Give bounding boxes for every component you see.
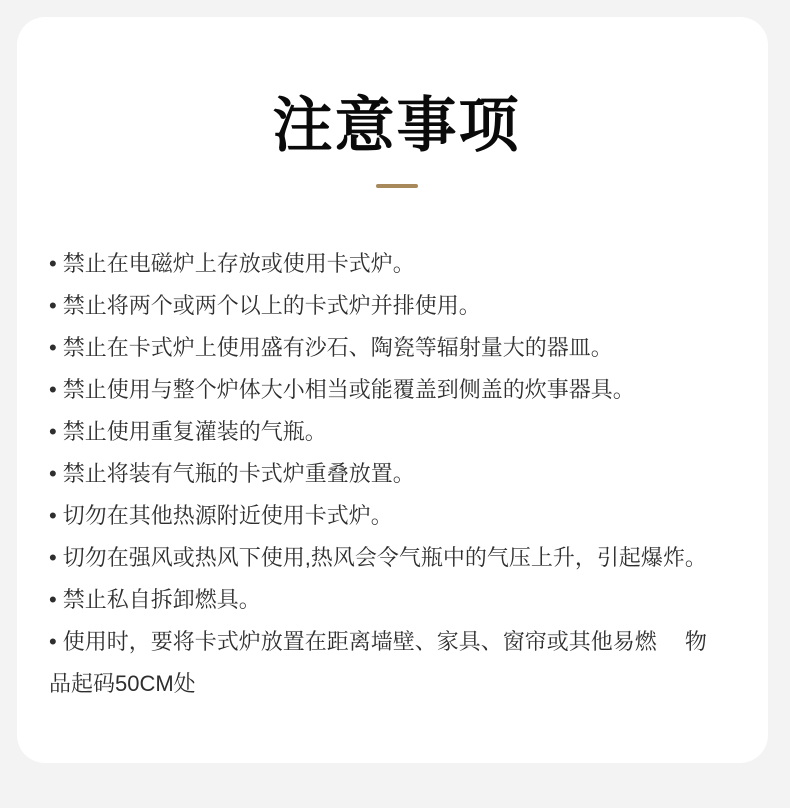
list-item-text: 禁止私自拆卸燃具。 bbox=[63, 587, 261, 612]
bullet-icon: • bbox=[49, 293, 57, 318]
bullet-icon: • bbox=[49, 545, 57, 570]
notice-list: •禁止在电磁炉上存放或使用卡式炉。 •禁止将两个或两个以上的卡式炉并排使用。 •… bbox=[49, 243, 744, 705]
list-item: •禁止在电磁炉上存放或使用卡式炉。 bbox=[49, 243, 744, 285]
bullet-icon: • bbox=[49, 251, 57, 276]
list-item-text: 禁止使用重复灌装的气瓶。 bbox=[63, 419, 327, 444]
bullet-icon: • bbox=[49, 461, 57, 486]
list-item-text: 禁止将装有气瓶的卡式炉重叠放置。 bbox=[63, 461, 415, 486]
bullet-icon: • bbox=[49, 419, 57, 444]
notice-page: 注意事项 •禁止在电磁炉上存放或使用卡式炉。 •禁止将两个或两个以上的卡式炉并排… bbox=[0, 0, 790, 808]
bullet-icon: • bbox=[49, 629, 57, 654]
bullet-icon: • bbox=[49, 587, 57, 612]
list-item: •切勿在其他热源附近使用卡式炉。 bbox=[49, 495, 744, 537]
list-item-text: 禁止使用与整个炉体大小相当或能覆盖到侧盖的炊事器具。 bbox=[63, 377, 635, 402]
list-item-text: 使用时，要将卡式炉放置在距离墙壁、家具、窗帘或其他易燃 物 品起码50CM处 bbox=[49, 629, 707, 696]
bullet-icon: • bbox=[49, 503, 57, 528]
list-item: •禁止在卡式炉上使用盛有沙石、陶瓷等辐射量大的器皿。 bbox=[49, 327, 744, 369]
list-item-text: 禁止在电磁炉上存放或使用卡式炉。 bbox=[63, 251, 415, 276]
list-item: •使用时，要将卡式炉放置在距离墙壁、家具、窗帘或其他易燃 物 品起码50CM处 bbox=[49, 621, 744, 705]
list-item: •禁止将两个或两个以上的卡式炉并排使用。 bbox=[49, 285, 744, 327]
list-item-text: 禁止在卡式炉上使用盛有沙石、陶瓷等辐射量大的器皿。 bbox=[63, 335, 613, 360]
list-item: •禁止使用重复灌装的气瓶。 bbox=[49, 411, 744, 453]
bullet-icon: • bbox=[49, 377, 57, 402]
list-item: •禁止将装有气瓶的卡式炉重叠放置。 bbox=[49, 453, 744, 495]
list-item-text: 切勿在其他热源附近使用卡式炉。 bbox=[63, 503, 393, 528]
list-item: •禁止私自拆卸燃具。 bbox=[49, 579, 744, 621]
notice-card: 注意事项 •禁止在电磁炉上存放或使用卡式炉。 •禁止将两个或两个以上的卡式炉并排… bbox=[17, 17, 768, 763]
list-item: •禁止使用与整个炉体大小相当或能覆盖到侧盖的炊事器具。 bbox=[49, 369, 744, 411]
page-title: 注意事项 bbox=[49, 91, 744, 161]
list-item: •切勿在强风或热风下使用,热风会令气瓶中的气压上升，引起爆炸。 bbox=[49, 537, 744, 579]
title-divider bbox=[376, 184, 418, 188]
bullet-icon: • bbox=[49, 335, 57, 360]
list-item-text: 禁止将两个或两个以上的卡式炉并排使用。 bbox=[63, 293, 481, 318]
list-item-text: 切勿在强风或热风下使用,热风会令气瓶中的气压上升，引起爆炸。 bbox=[63, 545, 707, 570]
